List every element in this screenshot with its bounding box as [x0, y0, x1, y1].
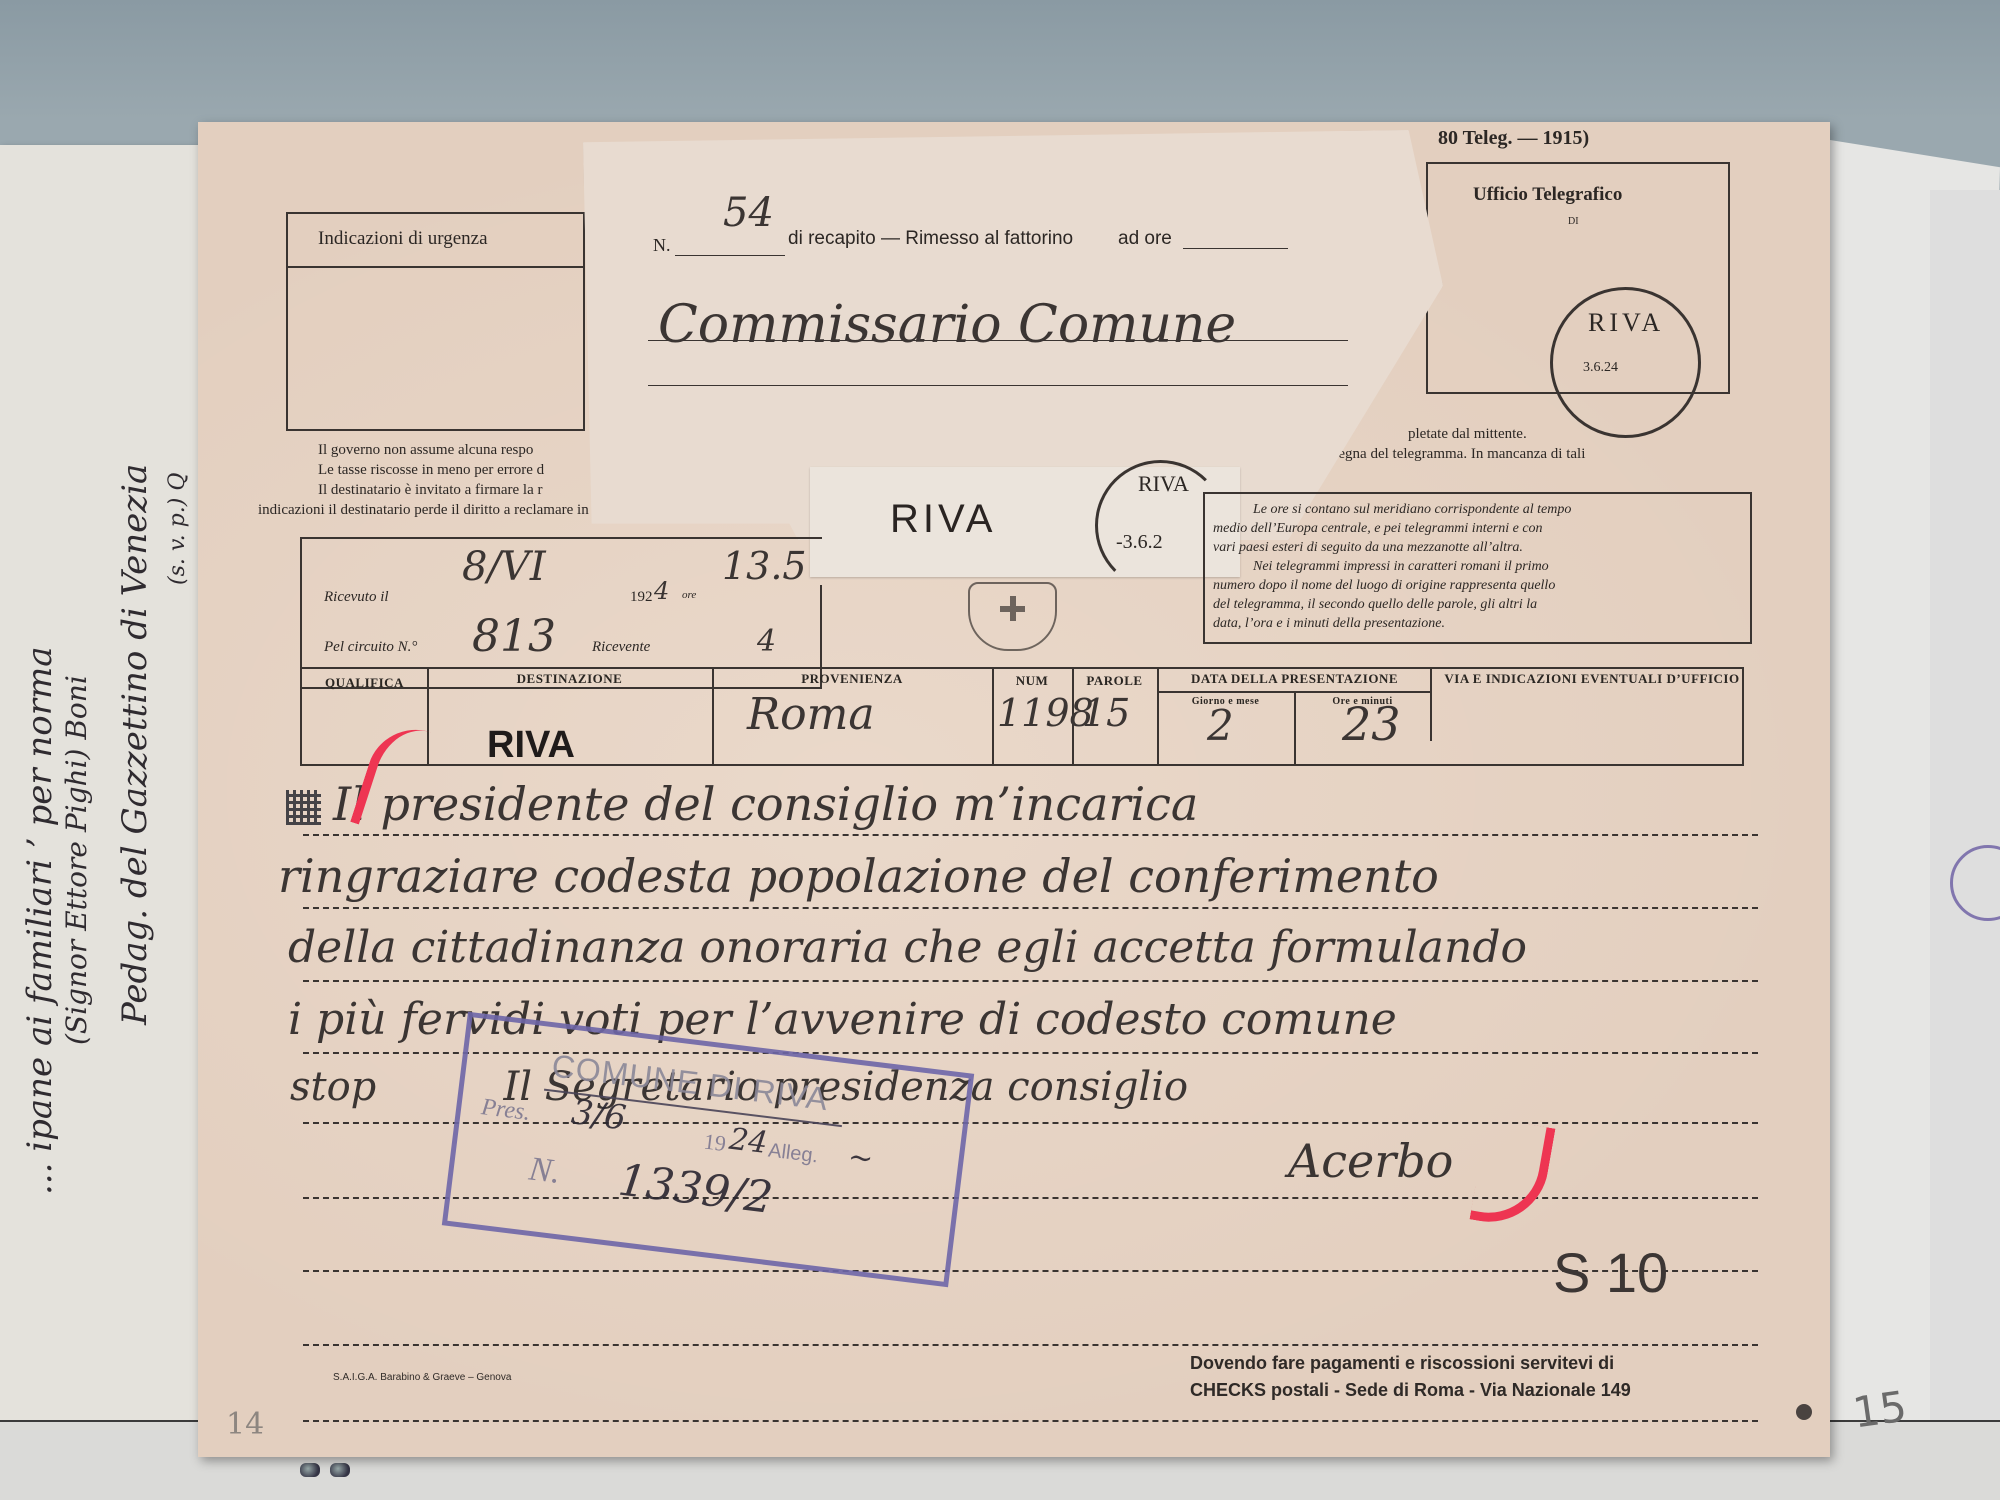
postmark-date: -3.6.2 — [1116, 531, 1163, 554]
telegram-form: 80 Teleg. — 1915) Ufficio Telegrafico DI… — [198, 122, 1830, 1457]
col-provenienza: PROVENIENZA — [712, 671, 992, 687]
ore-label: ore — [682, 589, 696, 601]
year-value: 4 — [654, 577, 669, 605]
page-number-right: 15 — [1850, 1382, 1910, 1438]
col-destinazione: DESTINAZIONE — [427, 671, 712, 687]
received-alleg-value: ~ — [846, 1139, 875, 1177]
message-line: ringraziare codesta popolazione del conf… — [278, 849, 1439, 903]
signature: Acerbo — [1288, 1134, 1453, 1188]
value-ore-minuti: 23 — [1342, 697, 1401, 751]
header-table: QUALIFICA DESTINAZIONE PROVENIENZA NUM P… — [300, 667, 1744, 766]
footer-note: Dovendo fare pagamenti e riscossioni ser… — [1190, 1350, 1631, 1404]
value-provenienza: Roma — [747, 689, 875, 740]
tariff-note: S 10 — [1553, 1240, 1668, 1305]
col-parole: PAROLE — [1072, 673, 1157, 689]
delivery-n-label: N. — [653, 235, 671, 256]
col-qualifica: QUALIFICA — [302, 675, 427, 691]
time-note: Le ore si contano sul meridiano corrispo… — [1213, 500, 1743, 633]
received-year-value: 24 — [727, 1122, 769, 1161]
circuito-value: 813 — [472, 611, 556, 662]
year-label: 192 — [630, 589, 653, 606]
message-line: della cittadinanza onoraria che egli acc… — [288, 922, 1527, 973]
value-giorno: 2 — [1207, 701, 1234, 750]
postmark-date: 3.6.24 — [1583, 360, 1618, 376]
col-via-indicazioni: VIA E INDICAZIONI EVENTUALI D’UFFICIO — [1442, 671, 1742, 687]
value-destinazione: RIVA — [487, 724, 575, 767]
postmark-right: RIVA 3.6.24 — [1550, 287, 1701, 438]
printer-credit: S.A.I.G.A. Barabino & Graeve – Genova — [333, 1372, 511, 1383]
addressee: Commissario Comune — [658, 295, 1236, 355]
riva-strip-text: RIVA — [890, 497, 996, 542]
received-n-value: 1339/2 — [616, 1155, 776, 1224]
time-note-box: Le ore si contano sul meridiano corrispo… — [1203, 492, 1752, 644]
bg-handwriting-line: Pedag. del Gazzettino di Venezia — [115, 464, 155, 1025]
value-parole: 15 — [1082, 691, 1130, 735]
coat-of-arms-icon — [968, 582, 1057, 651]
urgency-title: Indicazioni di urgenza — [318, 228, 488, 250]
ricevente-label: Ricevente — [592, 639, 650, 656]
bg-handwriting-line: ... ipane ai familiari ’ per norma — [20, 646, 60, 1195]
col-num: NUM — [992, 673, 1072, 689]
received-pres-value: 3/6 — [569, 1092, 628, 1138]
ricevente-value: 4 — [757, 624, 776, 659]
message-line: Il presidente del consiglio m’incarica — [333, 777, 1198, 831]
circuito-label: Pel circuito N.° — [324, 639, 417, 656]
urgency-box: Indicazioni di urgenza — [286, 212, 585, 431]
page-number-left: 14 — [226, 1407, 264, 1442]
crossed-out-mark — [286, 790, 321, 825]
delivery-n-value: 54 — [723, 190, 774, 236]
pin-icon — [330, 1463, 350, 1477]
received-year-prefix: 19 — [702, 1129, 727, 1157]
office-title: Ufficio Telegrafico — [1473, 184, 1622, 206]
bg-handwriting-line: (Signor Ettore Pighi) Boni — [60, 675, 93, 1045]
postmark-town: RIVA — [1138, 471, 1189, 497]
pin-icon — [300, 1463, 320, 1477]
office-di: DI — [1568, 216, 1579, 227]
bg-handwriting-line: (s. v. p.) Q — [165, 473, 190, 585]
printer-seal-icon — [1796, 1404, 1812, 1420]
form-code: 80 Teleg. — 1915) — [1438, 127, 1589, 150]
received-pres-label: Pres. — [480, 1094, 532, 1127]
value-num: 1198 — [997, 691, 1094, 735]
message-line: i più fervidi voti per l’avvenire di cod… — [288, 994, 1397, 1045]
col-data-presentazione: DATA DELLA PRESENTAZIONE — [1157, 671, 1432, 687]
ricevuto-label: Ricevuto il — [324, 589, 389, 606]
delivery-ad-ore-label: ad ore — [1118, 228, 1172, 250]
postmark-town: RIVA — [1588, 308, 1664, 338]
ore-value: 13.5 — [722, 544, 807, 588]
delivery-recapito-label: di recapito — Rimesso al fattorino — [788, 228, 1073, 250]
received-alleg-label: Alleg. — [767, 1139, 819, 1168]
ricevuto-value: 8/VI — [462, 544, 546, 590]
received-n-label: N. — [527, 1151, 563, 1193]
